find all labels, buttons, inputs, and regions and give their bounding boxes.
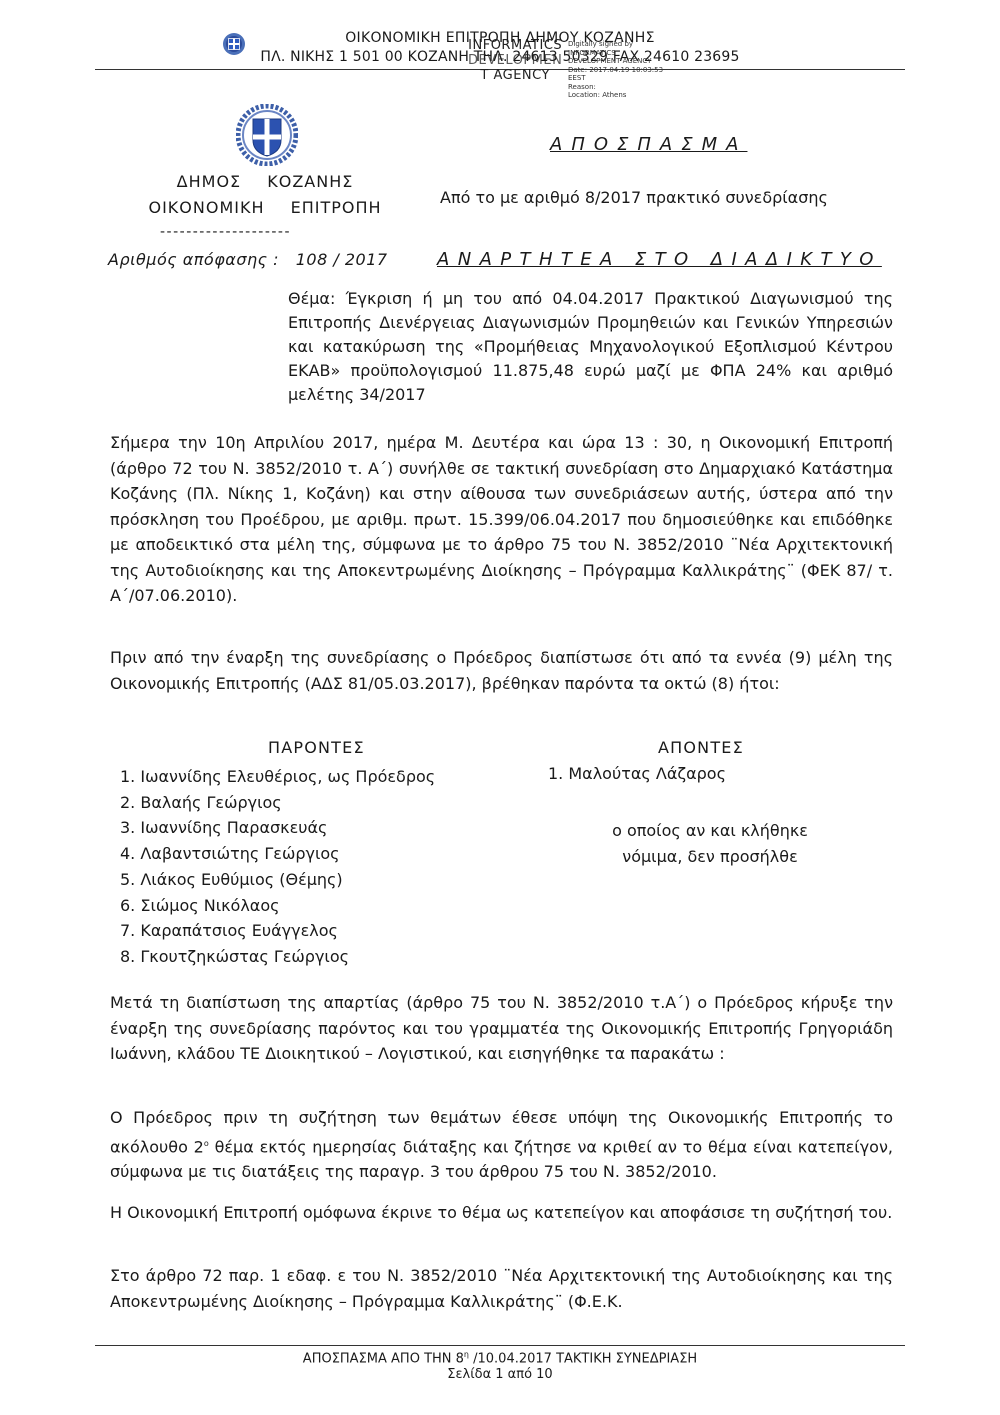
present-members-list: 1. Ιωαννίδης Ελευθέριος, ως Πρόεδρος 2. … [120, 764, 435, 970]
greek-coat-of-arms-icon [236, 104, 298, 166]
publish-notice: ΑΝΑΡΤΗΤΕΑ ΣΤΟ ΔΙΑΔΙΚΤΥΟ [437, 249, 882, 270]
org-municipality: ΔΗΜΟΣ ΚΟΖΑΝΗΣ [120, 172, 410, 191]
list-item: 5. Λιάκος Ευθύμιος (Θέμης) [120, 867, 435, 893]
minutes-reference: Από το με αριθμό 8/2017 πρακτικό συνεδρί… [440, 188, 828, 207]
footer-title: ΑΠΟΣΠΑΣΜΑ ΑΠΟ ΤΗΝ 8η /10.04.2017 ΤΑΚΤΙΚΗ… [0, 1350, 1000, 1366]
footer-divider [95, 1345, 905, 1346]
absent-member: 1. Μαλούτας Λάζαρος [548, 764, 726, 783]
decision-subject: Θέμα: Έγκριση ή μη του από 04.04.2017 Πρ… [288, 287, 893, 407]
absent-note: ο οποίος αν και κλήθηκε νόμιμα, δεν προσ… [560, 818, 860, 869]
page-number: Σελίδα 1 από 10 [0, 1367, 1000, 1382]
document-type-title: ΑΠΟΣΠΑΣΜΑ [550, 134, 747, 155]
org-committee: ΟΙΚΟΝΟΜΙΚΗ ΕΠΙΤΡΟΠΗ [120, 198, 410, 217]
signature-details: Digitally signed by INFORMATICS DEVELOPM… [568, 40, 663, 100]
list-item: 3. Ιωαννίδης Παρασκευάς [120, 815, 435, 841]
urgency-decision-paragraph: Η Οικονομική Επιτροπή ομόφωνα έκρινε το … [110, 1200, 893, 1226]
decision-number: Αριθμός απόφασης : 108 / 2017 [108, 250, 388, 269]
list-item: 4. Λαβαντσιώτης Γεώργιος [120, 841, 435, 867]
absent-heading: ΑΠΟΝΤΕΣ [658, 738, 744, 757]
meeting-paragraph: Σήμερα την 10η Απριλίου 2017, ημέρα Μ. Δ… [110, 430, 893, 609]
list-item: 8. Γκουτζηκώστας Γεώργιος [120, 944, 435, 970]
quorum-paragraph: Πριν από την έναρξη της συνεδρίασης ο Πρ… [110, 645, 893, 696]
legal-basis-paragraph: Στο άρθρο 72 παρ. 1 εδαφ. ε του Ν. 3852/… [110, 1263, 893, 1314]
list-item: 2. Βαλαής Γεώργιος [120, 790, 435, 816]
list-item: 7. Καραπάτσιος Ευάγγελος [120, 918, 435, 944]
present-heading: ΠΑΡΟΝΤΕΣ [268, 738, 365, 757]
signature-agency: INFORMATICS DEVELOPMEN T AGENCY [468, 38, 562, 83]
urgent-item-paragraph: Ο Πρόεδρος πριν τη συζήτηση των θεμάτων … [110, 1105, 893, 1185]
org-divider: -------------------- [160, 224, 380, 240]
opening-paragraph: Μετά τη διαπίστωση της απαρτίας (άρθρο 7… [110, 990, 893, 1067]
list-item: 6. Σιώμος Νικόλαος [120, 893, 435, 919]
list-item: 1. Ιωαννίδης Ελευθέριος, ως Πρόεδρος [120, 764, 435, 790]
